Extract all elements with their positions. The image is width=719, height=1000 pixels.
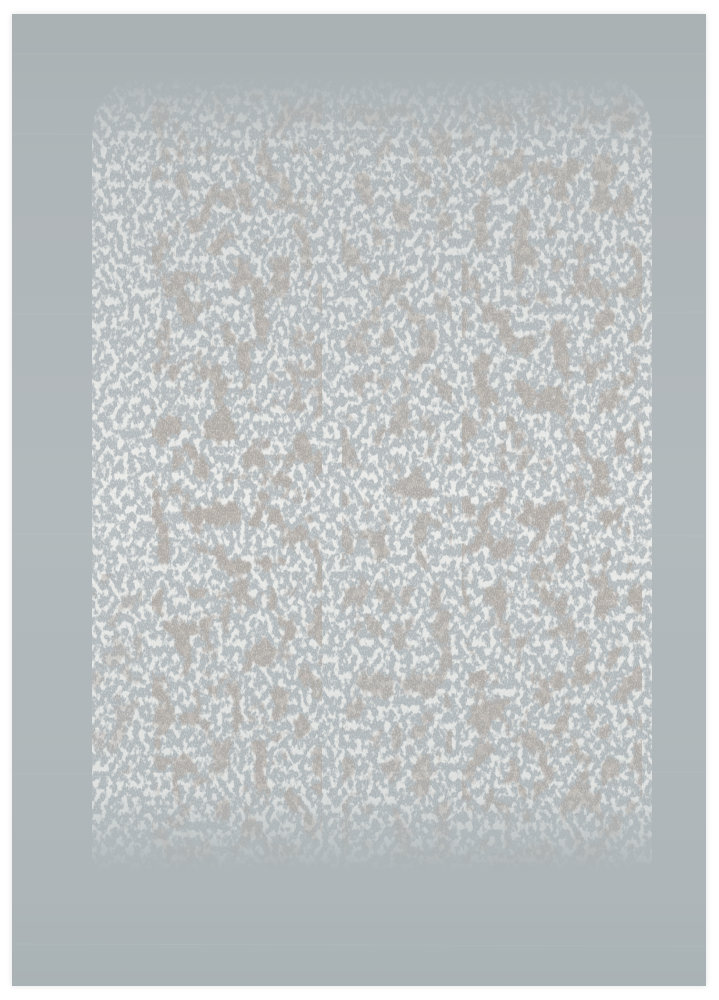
rug-photo	[12, 14, 706, 986]
rug-pattern	[12, 14, 706, 986]
